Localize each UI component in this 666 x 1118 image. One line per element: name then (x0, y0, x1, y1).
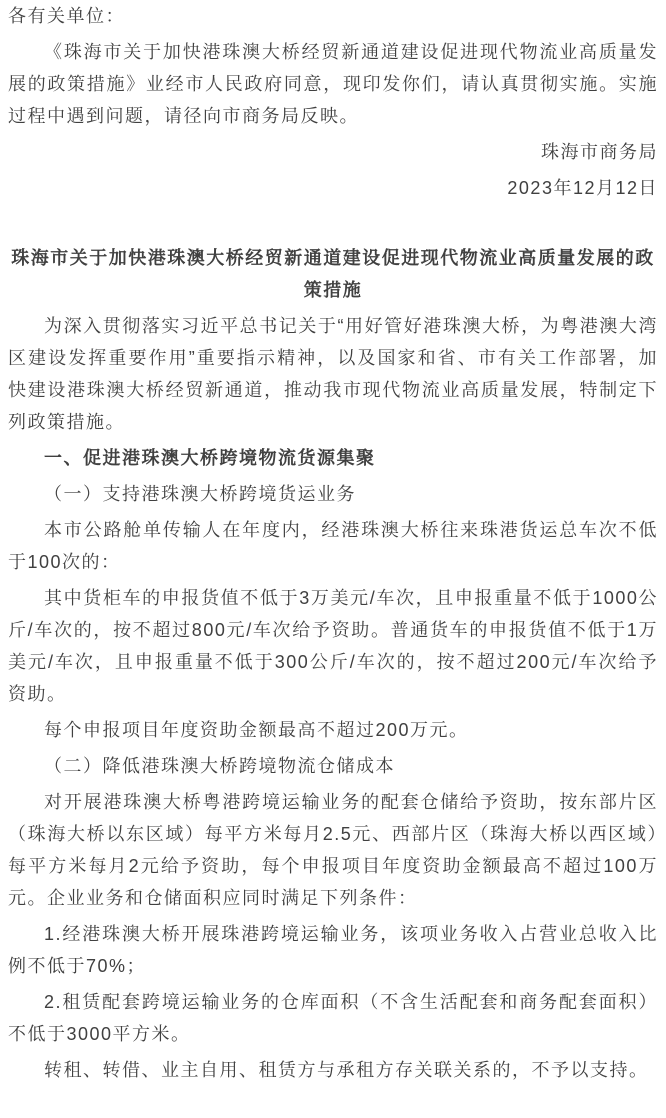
subsection-1-heading: （一）支持港珠澳大桥跨境货运业务 (8, 478, 658, 510)
policy-paragraph: 每个申报项目年度资助金额最高不超过200万元。 (8, 714, 658, 746)
notice-body: 《珠海市关于加快港珠澳大桥经贸新通道建设促进现代物流业高质量发展的政策措施》业经… (8, 36, 658, 132)
policy-paragraph: 对开展港珠澳大桥粤港跨境运输业务的配套仓储给予资助，按东部片区（珠海大桥以东区域… (8, 786, 658, 914)
policy-paragraph: 本市公路舱单传输人在年度内，经港珠澳大桥往来珠港货运总车次不低于100次的： (8, 514, 658, 578)
policy-paragraph: 2.租赁配套跨境运输业务的仓库面积（不含生活配套和商务配套面积）不低于3000平… (8, 986, 658, 1050)
salutation: 各有关单位： (8, 0, 658, 32)
issuer-signature: 珠海市商务局 (8, 136, 658, 168)
section-1-heading: 一、促进港珠澳大桥跨境物流货源集聚 (8, 442, 658, 474)
policy-paragraph: 其中货柜车的申报货值不低于3万美元/车次，且申报重量不低于1000公斤/车次的，… (8, 582, 658, 710)
policy-title: 珠海市关于加快港珠澳大桥经贸新通道建设促进现代物流业高质量发展的政策措施 (8, 242, 658, 306)
issue-date: 2023年12月12日 (8, 172, 658, 204)
policy-paragraph: 1.经港珠澳大桥开展珠港跨境运输业务，该项业务收入占营业总收入比例不低于70%； (8, 918, 658, 982)
policy-paragraph: 转租、转借、业主自用、租赁方与承租方存关联关系的，不予以支持。 (8, 1054, 658, 1086)
document-page: 各有关单位： 《珠海市关于加快港珠澳大桥经贸新通道建设促进现代物流业高质量发展的… (0, 0, 666, 1118)
policy-intro: 为深入贯彻落实习近平总书记关于“用好管好港珠澳大桥，为粤港澳大湾区建设发挥重要作… (8, 310, 658, 438)
subsection-2-heading: （二）降低港珠澳大桥跨境物流仓储成本 (8, 750, 658, 782)
